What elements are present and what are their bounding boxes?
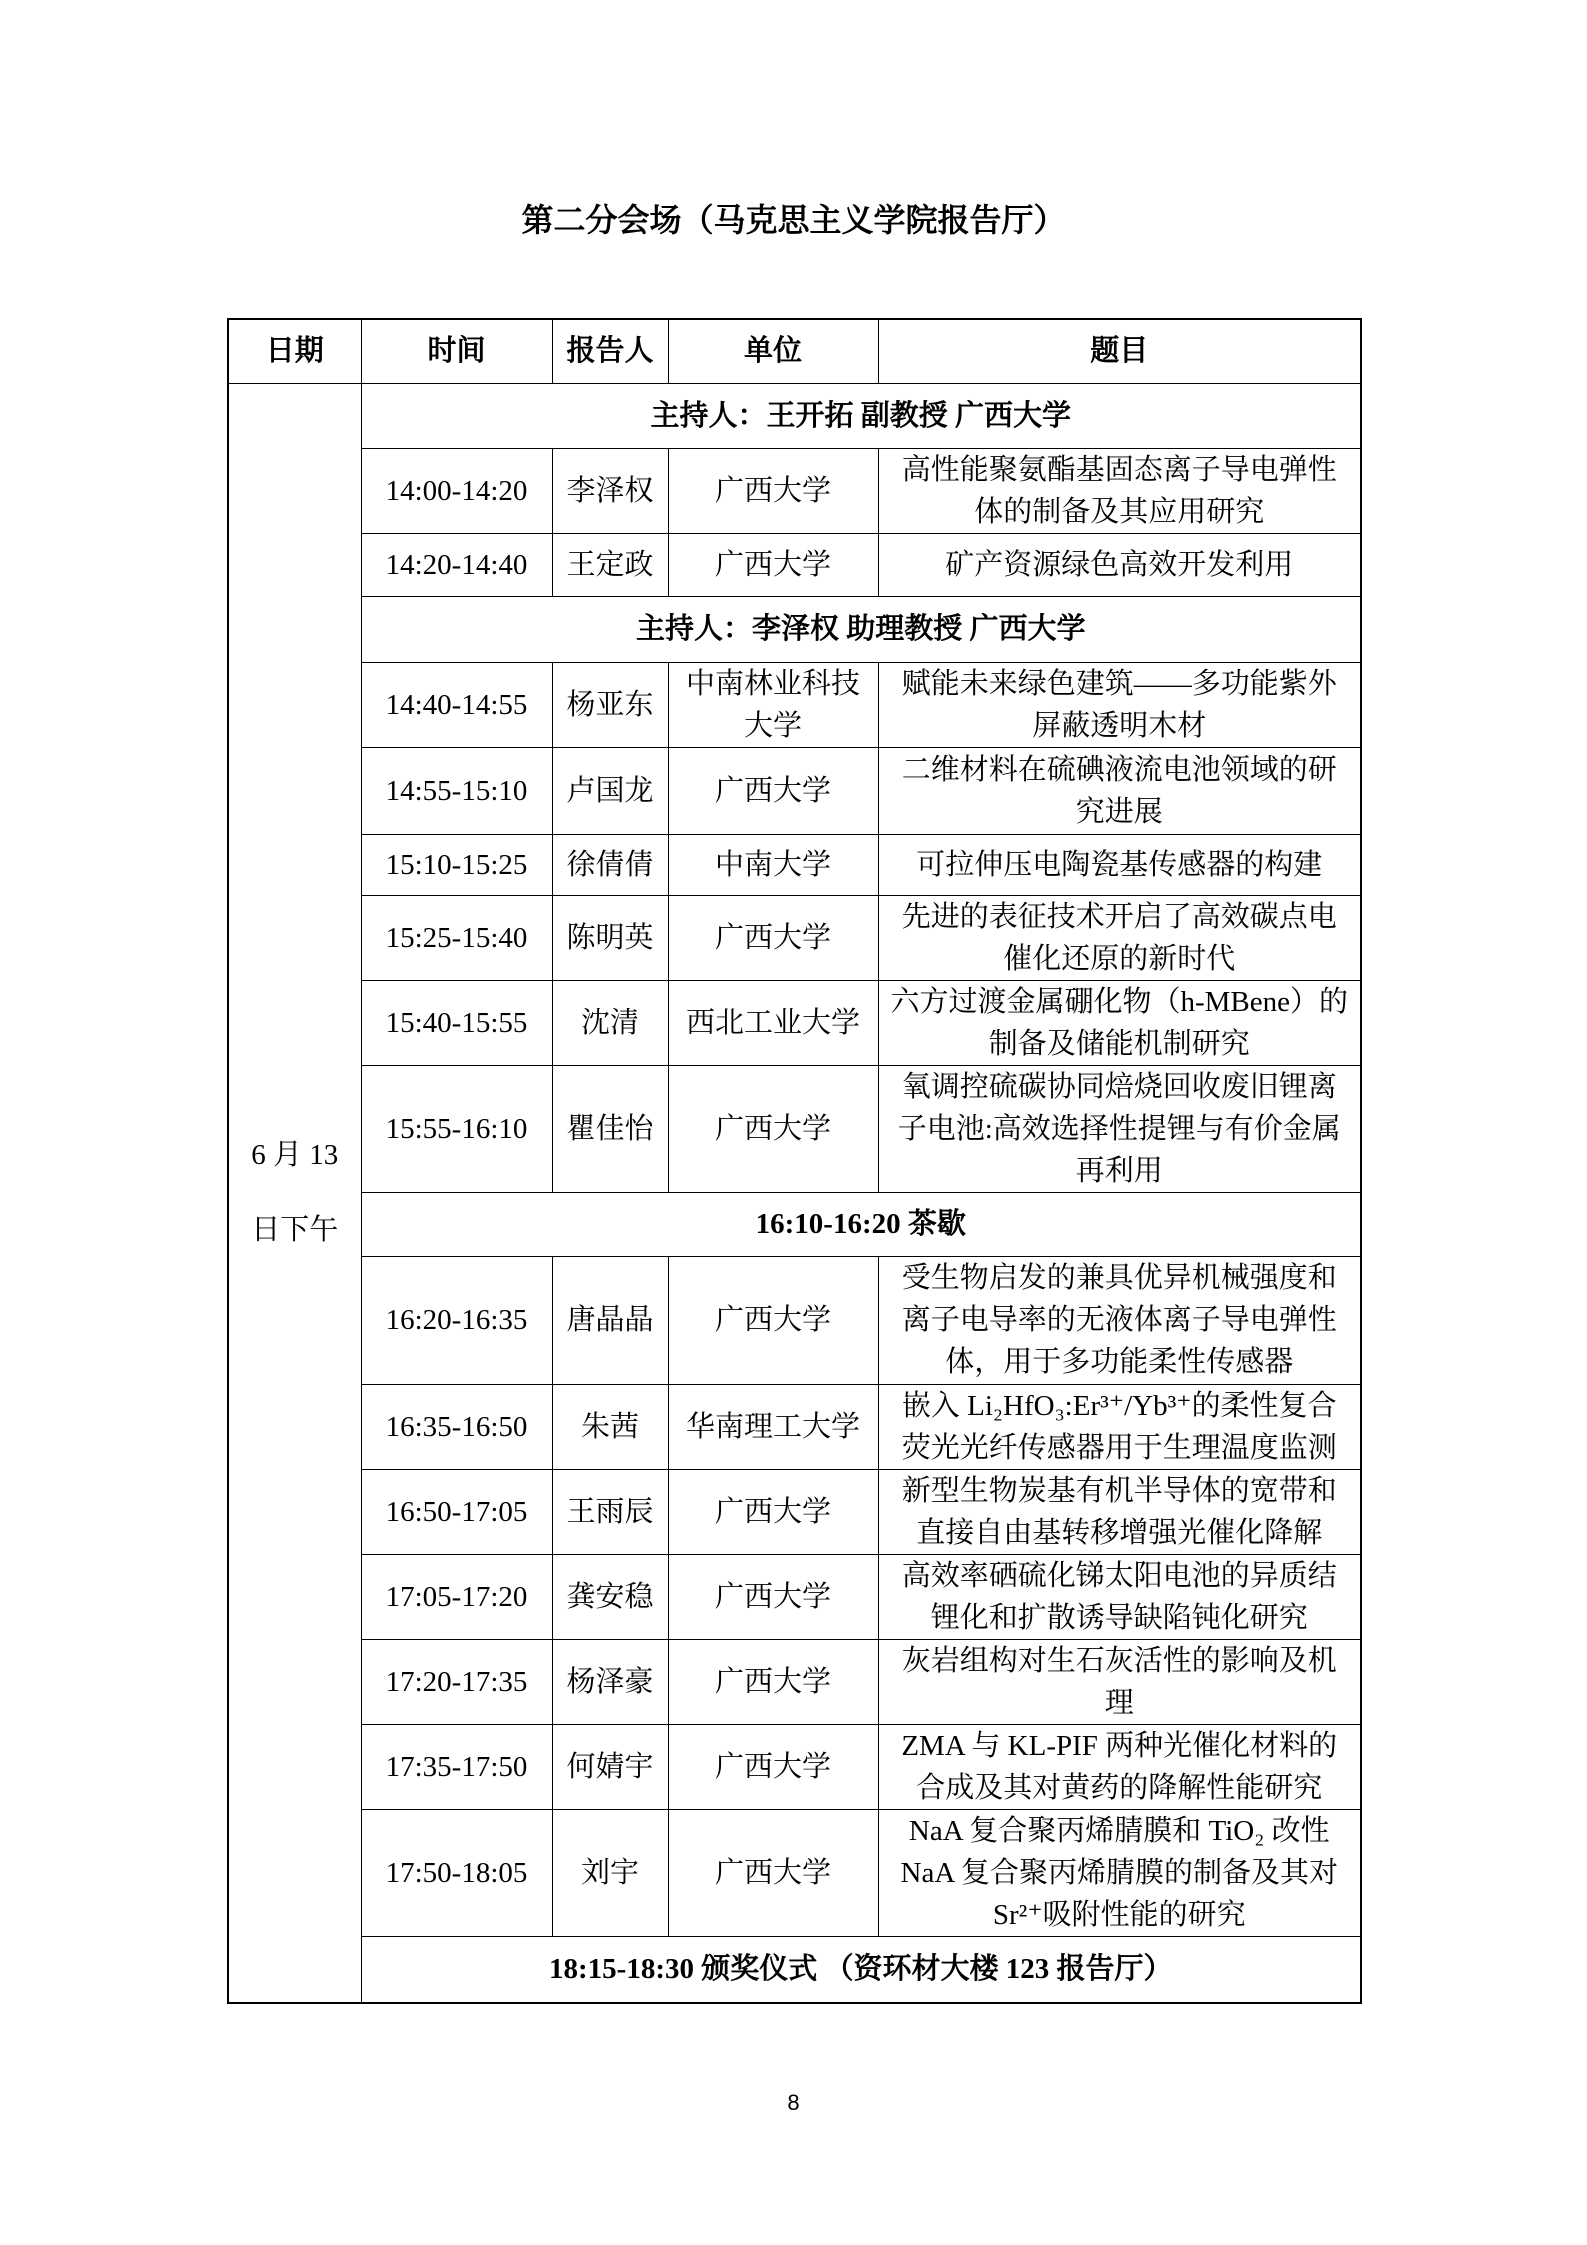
table-row: 14:00-14:20李泽权广西大学高性能聚氨酯基固态离子导电弹性体的制备及其应… bbox=[228, 448, 1361, 533]
speaker-cell: 朱茜 bbox=[552, 1384, 668, 1469]
title-cell: 赋能未来绿色建筑——多功能紫外屏蔽透明木材 bbox=[878, 662, 1361, 747]
speaker-cell: 瞿佳怡 bbox=[552, 1065, 668, 1192]
affiliation-cell: 中南林业科技大学 bbox=[668, 662, 878, 747]
table-row: 14:55-15:10卢国龙广西大学二维材料在硫碘液流电池领域的研究进展 bbox=[228, 747, 1361, 834]
affiliation-cell: 广西大学 bbox=[668, 747, 878, 834]
chair-cell: 主持人：王开拓 副教授 广西大学 bbox=[361, 383, 1361, 448]
time-cell: 17:20-17:35 bbox=[361, 1639, 552, 1724]
speaker-cell: 沈清 bbox=[552, 980, 668, 1065]
speaker-cell: 杨亚东 bbox=[552, 662, 668, 747]
table-row: 17:20-17:35杨泽豪广西大学灰岩组构对生石灰活性的影响及机理 bbox=[228, 1639, 1361, 1724]
speaker-cell: 徐倩倩 bbox=[552, 834, 668, 895]
affiliation-cell: 广西大学 bbox=[668, 1809, 878, 1936]
affiliation-cell: 广西大学 bbox=[668, 1724, 878, 1809]
time-cell: 15:25-15:40 bbox=[361, 895, 552, 980]
time-cell: 16:50-17:05 bbox=[361, 1469, 552, 1554]
table-row: 16:35-16:50朱茜华南理工大学嵌入 Li₂HfO₃:Er³⁺/Yb³⁺的… bbox=[228, 1384, 1361, 1469]
title-cell: 二维材料在硫碘液流电池领域的研究进展 bbox=[878, 747, 1361, 834]
title-cell: 灰岩组构对生石灰活性的影响及机理 bbox=[878, 1639, 1361, 1724]
header-topic: 题目 bbox=[878, 319, 1361, 383]
title-cell: NaA 复合聚丙烯腈膜和 TiO₂ 改性 NaA 复合聚丙烯腈膜的制备及其对 S… bbox=[878, 1809, 1361, 1936]
time-cell: 14:00-14:20 bbox=[361, 448, 552, 533]
title-cell: 嵌入 Li₂HfO₃:Er³⁺/Yb³⁺的柔性复合荧光光纤传感器用于生理温度监测 bbox=[878, 1384, 1361, 1469]
table-row: 16:20-16:35唐晶晶广西大学受生物启发的兼具优异机械强度和离子电导率的无… bbox=[228, 1256, 1361, 1384]
speaker-cell: 李泽权 bbox=[552, 448, 668, 533]
time-cell: 16:20-16:35 bbox=[361, 1256, 552, 1384]
break-cell: 16:10-16:20 茶歇 bbox=[361, 1192, 1361, 1256]
time-cell: 17:50-18:05 bbox=[361, 1809, 552, 1936]
speaker-cell: 陈明英 bbox=[552, 895, 668, 980]
table-row: 16:50-17:05王雨辰广西大学新型生物炭基有机半导体的宽带和直接自由基转移… bbox=[228, 1469, 1361, 1554]
affiliation-cell: 广西大学 bbox=[668, 1469, 878, 1554]
table-header-row: 日期 时间 报告人 单位 题目 bbox=[228, 319, 1361, 383]
affiliation-cell: 华南理工大学 bbox=[668, 1384, 878, 1469]
speaker-cell: 王定政 bbox=[552, 533, 668, 596]
speaker-cell: 何婧宇 bbox=[552, 1724, 668, 1809]
header-speaker: 报告人 bbox=[552, 319, 668, 383]
table-row: 17:35-17:50何婧宇广西大学ZMA 与 KL-PIF 两种光催化材料的合… bbox=[228, 1724, 1361, 1809]
affiliation-cell: 广西大学 bbox=[668, 895, 878, 980]
speaker-cell: 卢国龙 bbox=[552, 747, 668, 834]
title-cell: 矿产资源绿色高效开发利用 bbox=[878, 533, 1361, 596]
affiliation-cell: 广西大学 bbox=[668, 1256, 878, 1384]
chair-cell: 主持人：李泽权 助理教授 广西大学 bbox=[361, 596, 1361, 662]
speaker-cell: 唐晶晶 bbox=[552, 1256, 668, 1384]
page-title: 第二分会场（马克思主义学院报告厅） bbox=[0, 203, 1587, 238]
time-cell: 17:05-17:20 bbox=[361, 1554, 552, 1639]
date-line: 6 月 13 bbox=[240, 1134, 350, 1176]
affiliation-cell: 广西大学 bbox=[668, 1065, 878, 1192]
title-cell: 可拉伸压电陶瓷基传感器的构建 bbox=[878, 834, 1361, 895]
title-cell: 先进的表征技术开启了高效碳点电催化还原的新时代 bbox=[878, 895, 1361, 980]
title-cell: 高性能聚氨酯基固态离子导电弹性体的制备及其应用研究 bbox=[878, 448, 1361, 533]
time-cell: 15:40-15:55 bbox=[361, 980, 552, 1065]
schedule-table: 日期 时间 报告人 单位 题目 6 月 13日下午主持人：王开拓 副教授 广西大… bbox=[227, 318, 1362, 2004]
speaker-cell: 王雨辰 bbox=[552, 1469, 668, 1554]
time-cell: 17:35-17:50 bbox=[361, 1724, 552, 1809]
time-cell: 14:20-14:40 bbox=[361, 533, 552, 596]
table-row: 14:20-14:40王定政广西大学矿产资源绿色高效开发利用 bbox=[228, 533, 1361, 596]
time-cell: 16:35-16:50 bbox=[361, 1384, 552, 1469]
time-cell: 14:40-14:55 bbox=[361, 662, 552, 747]
date-cell: 6 月 13日下午 bbox=[228, 383, 361, 2003]
speaker-cell: 杨泽豪 bbox=[552, 1639, 668, 1724]
title-cell: 氧调控硫碳协同焙烧回收废旧锂离子电池:高效选择性提锂与有价金属再利用 bbox=[878, 1065, 1361, 1192]
table-row: 15:25-15:40陈明英广西大学先进的表征技术开启了高效碳点电催化还原的新时… bbox=[228, 895, 1361, 980]
title-cell: 六方过渡金属硼化物（h-MBene）的制备及储能机制研究 bbox=[878, 980, 1361, 1065]
table-row: 6 月 13日下午主持人：王开拓 副教授 广西大学 bbox=[228, 383, 1361, 448]
header-date: 日期 bbox=[228, 319, 361, 383]
award-cell: 18:15-18:30 颁奖仪式 （资环材大楼 123 报告厅） bbox=[361, 1936, 1361, 2003]
page-number: 8 bbox=[0, 2090, 1587, 2116]
affiliation-cell: 西北工业大学 bbox=[668, 980, 878, 1065]
affiliation-cell: 中南大学 bbox=[668, 834, 878, 895]
header-time: 时间 bbox=[361, 319, 552, 383]
title-cell: 受生物启发的兼具优异机械强度和离子电导率的无液体离子导电弹性体，用于多功能柔性传… bbox=[878, 1256, 1361, 1384]
document-page: { "page": { "title": "第二分会场（马克思主义学院报告厅）"… bbox=[0, 0, 1587, 2245]
time-cell: 15:55-16:10 bbox=[361, 1065, 552, 1192]
table-row: 15:40-15:55沈清西北工业大学六方过渡金属硼化物（h-MBene）的制备… bbox=[228, 980, 1361, 1065]
speaker-cell: 刘宇 bbox=[552, 1809, 668, 1936]
table-row: 18:15-18:30 颁奖仪式 （资环材大楼 123 报告厅） bbox=[228, 1936, 1361, 2003]
affiliation-cell: 广西大学 bbox=[668, 1639, 878, 1724]
title-cell: 高效率硒硫化锑太阳电池的异质结锂化和扩散诱导缺陷钝化研究 bbox=[878, 1554, 1361, 1639]
time-cell: 14:55-15:10 bbox=[361, 747, 552, 834]
affiliation-cell: 广西大学 bbox=[668, 533, 878, 596]
speaker-cell: 龚安稳 bbox=[552, 1554, 668, 1639]
header-affiliation: 单位 bbox=[668, 319, 878, 383]
table-row: 17:05-17:20龚安稳广西大学高效率硒硫化锑太阳电池的异质结锂化和扩散诱导… bbox=[228, 1554, 1361, 1639]
affiliation-cell: 广西大学 bbox=[668, 1554, 878, 1639]
table-row: 14:40-14:55杨亚东中南林业科技大学赋能未来绿色建筑——多功能紫外屏蔽透… bbox=[228, 662, 1361, 747]
date-line: 日下午 bbox=[240, 1209, 350, 1251]
title-cell: 新型生物炭基有机半导体的宽带和直接自由基转移增强光催化降解 bbox=[878, 1469, 1361, 1554]
affiliation-cell: 广西大学 bbox=[668, 448, 878, 533]
title-cell: ZMA 与 KL-PIF 两种光催化材料的合成及其对黄药的降解性能研究 bbox=[878, 1724, 1361, 1809]
table-row: 17:50-18:05刘宇广西大学NaA 复合聚丙烯腈膜和 TiO₂ 改性 Na… bbox=[228, 1809, 1361, 1936]
table-row: 主持人：李泽权 助理教授 广西大学 bbox=[228, 596, 1361, 662]
table-row: 15:55-16:10瞿佳怡广西大学氧调控硫碳协同焙烧回收废旧锂离子电池:高效选… bbox=[228, 1065, 1361, 1192]
time-cell: 15:10-15:25 bbox=[361, 834, 552, 895]
table-row: 16:10-16:20 茶歇 bbox=[228, 1192, 1361, 1256]
table-row: 15:10-15:25徐倩倩中南大学可拉伸压电陶瓷基传感器的构建 bbox=[228, 834, 1361, 895]
